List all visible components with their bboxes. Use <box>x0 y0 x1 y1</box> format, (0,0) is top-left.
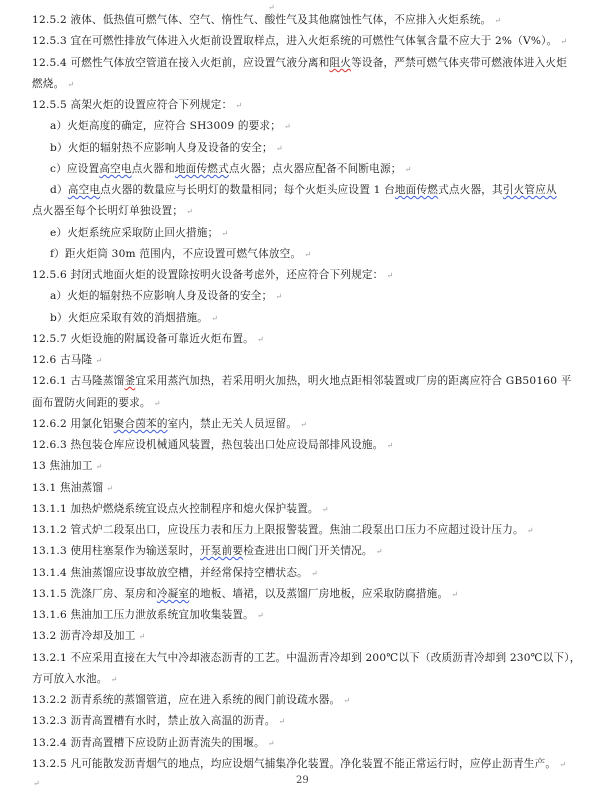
paragraph-mark: ↵ <box>111 675 118 684</box>
line-text: 12.6.1 古马隆蒸馏 <box>32 375 124 387</box>
line-text: 点火器；点火器应配备不间断电源； <box>229 163 402 175</box>
line-text: 面布置防火间距的要求。 <box>32 397 151 409</box>
line-text: 13.1.4 焦油蒸馏应设事故放空槽，并经常保持空槽状态。 <box>32 567 308 579</box>
text-line-13-2-3: 13.2.3 沥青高置槽有水时，禁止放入高温的沥青。↵ <box>32 714 583 729</box>
paragraph-mark: ↵ <box>67 80 74 89</box>
paragraph-mark: ↵ <box>211 314 218 323</box>
line-text: 12.5.6 封闭式地面火炬的设置除按明火设备考虑外，还应符合下列规定： <box>32 269 383 281</box>
paragraph-mark: ↵ <box>139 632 146 641</box>
text-line-13-1-6: 13.1.6 焦油加工压力泄放系统宜加收集装置。↵ <box>32 608 583 623</box>
paragraph-mark: ↵ <box>257 335 264 344</box>
text-line-12-5-5: 12.5.5 高架火炬的设置应符合下列规定：↵ <box>32 98 583 113</box>
line-text: 13.2.3 沥青高置槽有水时，禁止放入高温的沥青。 <box>32 715 276 727</box>
line-text: 12.6.2 用氯化铝 <box>32 418 114 430</box>
paragraph-mark-top: ↵ <box>268 3 275 12</box>
grammar-underline: 冷凝室 <box>157 588 189 600</box>
spellcheck-underline: 釜 <box>124 375 135 387</box>
line-text: 13.1 焦油蒸馏 <box>32 482 103 494</box>
text-line-12-6: 12.6 古马隆↵ <box>32 353 583 368</box>
paragraph-mark: ↵ <box>405 165 412 174</box>
line-text: 宜采用蒸汽加热，若采用明火加热，明火地点距相邻装置或厂房的距离应符合 GB501… <box>135 375 571 387</box>
grammar-underline: 开泵前要 <box>200 545 243 557</box>
grammar-underline: 聚合茵苯的 <box>114 418 168 430</box>
line-text: e）火炬系统应采取防止回火措施； <box>50 227 218 239</box>
text-line-13-2: 13.2 沥青冷却及加工↵ <box>32 629 583 644</box>
paragraph-mark: ↵ <box>186 207 193 216</box>
text-line-12-5-5-d1: d）高空电点火器的数量应与长明灯的数量相同；每个火炬头应设置 1 台地面传燃式点… <box>50 183 583 197</box>
line-text: 12.6 古马隆 <box>32 354 92 366</box>
text-line-13-2-2: 13.2.2 沥青系统的蒸馏管道，应在进入系统的阀门前设疏水器。↵ <box>32 693 583 708</box>
text-line-13-1: 13.1 焦油蒸馏↵ <box>32 481 583 496</box>
line-text: f）距火炬筒 30m 范围内，不应设置可燃气体放空。 <box>50 248 301 260</box>
paragraph-mark: ↵ <box>95 356 102 365</box>
line-text: b）火炬应采取有效的消烟措施。 <box>50 312 208 324</box>
line-text: 12.5.3 宜在可燃性排放气体进入火炬前设置取样点，进入火炬系统的可燃性气体氧… <box>32 35 557 47</box>
paragraph-mark: ↵ <box>376 547 383 556</box>
text-line-12-6-1-b: 面布置防火间距的要求。↵ <box>32 396 583 411</box>
paragraph-mark: ↵ <box>559 760 566 769</box>
text-line-13-1-3: 13.1.3 使用柱塞泵作为输送泵时，开泵前要检查进出口阀门开关情况。↵ <box>32 544 583 559</box>
paragraph-mark: ↵ <box>284 122 291 131</box>
line-text: 13.2.4 沥青高置槽下应设防止沥青流失的围堰。 <box>32 737 265 749</box>
line-text: 13.2.1 不应采用直接在大气中冷却液态沥青的工艺。中温沥青冷却到 200℃以… <box>32 652 581 664</box>
paragraph-mark: ↵ <box>154 399 161 408</box>
text-line-12-6-1-a: 12.6.1 古马隆蒸馏釜宜采用蒸汽加热，若采用明火加热，明火地点距相邻装置或厂… <box>32 374 583 388</box>
paragraph-mark: ↵ <box>268 739 275 748</box>
line-text: d） <box>50 184 68 196</box>
paragraph-mark: ↵ <box>257 611 264 620</box>
line-text: 点火器的数量应与长明灯的数量相同；每个火炬头应设置 1 台 <box>100 184 395 196</box>
text-line-12-5-6: 12.5.6 封闭式地面火炬的设置除按明火设备考虑外，还应符合下列规定：↵ <box>32 268 583 283</box>
paragraph-mark: ↵ <box>279 717 286 726</box>
text-line-13-1-2: 13.1.2 管式炉二段泵出口，应设压力表和压力上限报警装置。焦油二段泵出口压力… <box>32 523 583 538</box>
text-line-12-5-5-f: f）距火炬筒 30m 范围内，不应设置可燃气体放空。↵ <box>50 247 583 262</box>
text-line-12-5-4-b: 燃烧。↵ <box>32 77 583 92</box>
paragraph-mark-bottom: ↵ <box>33 779 40 788</box>
text-line-12-5-5-e: e）火炬系统应采取防止回火措施；↵ <box>50 226 583 241</box>
line-text: 12.6.3 热包装仓库应设机械通风装置，热包装出口处应设局部排风设施。 <box>32 439 383 451</box>
text-line-12-5-6-b: b）火炬应采取有效的消烟措施。↵ <box>50 311 583 326</box>
paragraph-mark: ↵ <box>221 229 228 238</box>
line-text: 等设备，严禁可燃气体夹带可燃液体进入火炬 <box>351 57 567 69</box>
line-text: 13.1.6 焦油加工压力泄放系统宜加收集装置。 <box>32 609 254 621</box>
line-text: 13.1.2 管式炉二段泵出口，应设压力表和压力上限报警装置。焦油二段泵出口压力… <box>32 524 524 536</box>
line-text: b）火炬的辐射热不应影响人身及设备的安全； <box>50 142 273 154</box>
paragraph-mark: ↵ <box>304 250 311 259</box>
line-text: 13.1.5 洗涤厂房、泵房和 <box>32 588 157 600</box>
spellcheck-underline: 阻火 <box>330 57 352 69</box>
line-text: 燃烧。 <box>32 78 64 90</box>
paragraph-mark: ↵ <box>386 441 393 450</box>
line-text: 式点火器，其 <box>438 184 503 196</box>
text-line-12-5-2: 12.5.2 液体、低热值可燃气体、空气、惰性气、酸性气及其他腐蚀性气体，不应排… <box>32 13 583 28</box>
paragraph-mark: ↵ <box>386 271 393 280</box>
paragraph-mark: ↵ <box>343 696 350 705</box>
paragraph-mark: ↵ <box>275 292 282 301</box>
line-text: 13.1.1 加热炉燃烧系统宜设点火控制程序和熄火保护装置。 <box>32 503 319 515</box>
text-line-12-5-7: 12.5.7 火炬设施的附属设备可靠近火炬布置。↵ <box>32 332 583 347</box>
grammar-underline: 地面传燃式 <box>175 163 229 175</box>
line-text: 点火器和 <box>132 163 175 175</box>
text-line-13-1-4: 13.1.4 焦油蒸馏应设事故放空槽，并经常保持空槽状态。↵ <box>32 566 583 581</box>
text-line-12-6-3: 12.6.3 热包装仓库应设机械通风装置，热包装出口处应设局部排风设施。↵ <box>32 438 583 453</box>
line-text: 方可放入水池。 <box>32 673 108 685</box>
line-text: 室内，禁止无关人员逗留。 <box>168 418 298 430</box>
line-text: 13.2 沥青冷却及加工 <box>32 630 136 642</box>
paragraph-mark: ↵ <box>300 420 307 429</box>
text-line-12-5-4-a: 12.5.4 可燃性气体放空管道在接入火炬前，应设置气液分离和阻火等设备，严禁可… <box>32 56 583 70</box>
text-line-13-2-1-b: 方可放入水池。↵ <box>32 672 583 687</box>
line-text: 12.5.5 高架火炬的设置应符合下列规定： <box>32 99 232 111</box>
grammar-underline: 高空电 <box>99 163 131 175</box>
line-text: 12.5.2 液体、低热值可燃气体、空气、惰性气、酸性气及其他腐蚀性气体，不应排… <box>32 14 491 26</box>
line-text: 13.2.5 凡可能散发沥青烟气的地点，均应设烟气捕集净化装置。净化装置不能正常… <box>32 758 556 770</box>
text-line-13-1-5: 13.1.5 洗涤厂房、泵房和冷凝室的地板、墙裙，以及蒸馏厂房地板，应采取防腐措… <box>32 587 583 602</box>
page-number: 29 <box>296 775 309 786</box>
paragraph-mark: ↵ <box>106 484 113 493</box>
text-line-12-5-3: 12.5.3 宜在可燃性排放气体进入火炬前设置取样点，进入火炬系统的可燃性气体氧… <box>32 34 583 49</box>
paragraph-mark: ↵ <box>322 505 329 514</box>
grammar-underline: 高空电 <box>68 184 100 196</box>
grammar-underline: 地面传燃 <box>395 184 438 196</box>
text-line-12-5-5-a: a）火炬高度的确定，应符合 SH3009 的要求；↵ <box>50 119 583 134</box>
text-line-12-5-5-d2: 点火器至每个长明灯单独设置；↵ <box>32 204 583 219</box>
text-line-13-2-1-a: 13.2.1 不应采用直接在大气中冷却液态沥青的工艺。中温沥青冷却到 200℃以… <box>32 651 583 665</box>
line-text: c）应设置 <box>50 163 99 175</box>
line-text: 的地板、墙裙，以及蒸馏厂房地板，应采取防腐措施。 <box>189 588 448 600</box>
text-line-12-5-6-a: a）火炬的辐射热不应影响人身及设备的安全；↵ <box>50 289 583 304</box>
paragraph-mark: ↵ <box>527 526 534 535</box>
line-text: 检查进出口阀门开关情况。 <box>243 545 373 557</box>
paragraph-mark: ↵ <box>311 569 318 578</box>
text-line-13-2-4: 13.2.4 沥青高置槽下应设防止沥青流失的围堰。↵ <box>32 736 583 751</box>
line-text: 13.1.3 使用柱塞泵作为输送泵时， <box>32 545 200 557</box>
line-text: 12.5.4 可燃性气体放空管道在接入火炬前，应设置气液分离和 <box>32 57 330 69</box>
line-text: a）火炬的辐射热不应影响人身及设备的安全； <box>50 290 272 302</box>
text-line-13-2-5: 13.2.5 凡可能散发沥青烟气的地点，均应设烟气捕集净化装置。净化装置不能正常… <box>32 757 583 772</box>
paragraph-mark: ↵ <box>451 590 458 599</box>
paragraph-mark: ↵ <box>276 144 283 153</box>
line-text: 12.5.7 火炬设施的附属设备可靠近火炬布置。 <box>32 333 254 345</box>
line-text: 13.2.2 沥青系统的蒸馏管道，应在进入系统的阀门前设疏水器。 <box>32 694 340 706</box>
paragraph-mark: ↵ <box>494 16 501 25</box>
text-line-12-5-5-b: b）火炬的辐射热不应影响人身及设备的安全；↵ <box>50 141 583 156</box>
text-line-13: 13 焦油加工↵ <box>32 459 583 474</box>
grammar-underline: 引火管应从 <box>503 184 557 196</box>
paragraph-mark: ↵ <box>560 37 567 46</box>
document-page: ↵ 12.5.2 液体、低热值可燃气体、空气、惰性气、酸性气及其他腐蚀性气体，不… <box>0 0 601 797</box>
paragraph-mark: ↵ <box>96 462 103 471</box>
line-text: 13 焦油加工 <box>32 460 93 472</box>
paragraph-mark: ↵ <box>235 101 242 110</box>
line-text: 点火器至每个长明灯单独设置； <box>32 205 183 217</box>
text-line-13-1-1: 13.1.1 加热炉燃烧系统宜设点火控制程序和熄火保护装置。↵ <box>32 502 583 517</box>
line-text: a）火炬高度的确定，应符合 SH3009 的要求； <box>50 120 281 132</box>
text-line-12-6-2: 12.6.2 用氯化铝聚合茵苯的室内，禁止无关人员逗留。↵ <box>32 417 583 432</box>
text-line-12-5-5-c: c）应设置高空电点火器和地面传燃式点火器；点火器应配备不间断电源；↵ <box>50 162 583 177</box>
